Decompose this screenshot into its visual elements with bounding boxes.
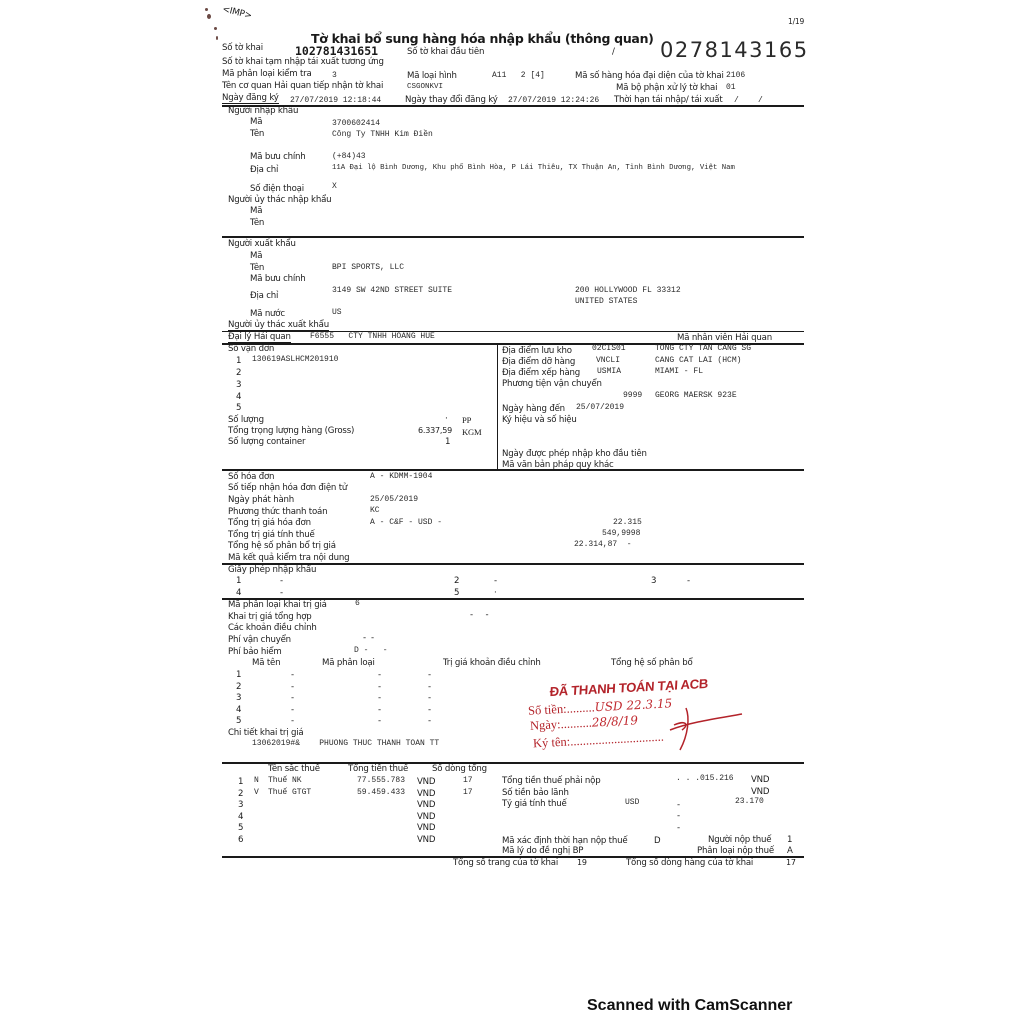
van-don-no-4: 4: [236, 392, 241, 402]
exporter-ten-value: BPI SPORTS, LLC: [332, 263, 404, 272]
scan-speck: [214, 27, 217, 30]
permit-no-2: 2: [454, 576, 459, 586]
van-don-no-1: 1: [236, 356, 241, 366]
page-indicator: 1/19: [788, 17, 804, 26]
so-hoa-don-value: A - KDMM-1904: [370, 472, 432, 481]
permit-value-1: -: [280, 576, 283, 586]
stamp-dots: ..........: [560, 716, 592, 732]
do-hang-code: VNCLI: [596, 356, 620, 365]
adj-row-no: 2: [236, 682, 241, 692]
adj-row-b: -: [378, 716, 381, 726]
co-quan-value: CSGONKVI: [407, 83, 443, 91]
importer-buu-chinh-label: Mã bưu chính: [250, 152, 306, 162]
ngay-dang-ky-value: 27/07/2019 12:18:44: [290, 96, 381, 105]
exporter-dia-chi-line1: 3149 SW 42ND STREET SUITE: [332, 286, 452, 295]
gross-value: 6.337,59: [418, 426, 452, 435]
exporter-ma-label: Mã: [250, 251, 262, 261]
tri-gia-hd-terms: A - C&F - USD -: [370, 518, 442, 527]
bao-lanh-cur: VND: [751, 787, 769, 797]
thoi-han-label: Thời hạn tái nhập/ tái xuất: [614, 95, 722, 105]
thoi-han-nop-label: Mã xác định thời hạn nộp thuế: [502, 836, 627, 846]
phuong-tien-code: 9999: [623, 391, 642, 400]
ty-gia-label: Tỷ giá tính thuế: [502, 799, 567, 809]
tong-dong-label: Tổng số dòng hàng của tờ khai: [626, 858, 753, 868]
tax-row-no: 1: [238, 777, 243, 787]
phai-nop-cur: VND: [751, 775, 769, 785]
exporter-dia-chi-label: Địa chỉ: [250, 291, 278, 301]
phuong-tien-label: Phương tiện vận chuyển: [502, 379, 602, 389]
scan-speck: [205, 8, 208, 11]
phai-nop-label: Tổng tiền thuế phải nộp: [502, 776, 601, 786]
adj-row-no: 5: [236, 716, 241, 726]
phan-loai-nop-label: Phân loại nộp thuế: [697, 846, 774, 856]
xep-hang-code: USMIA: [597, 367, 621, 376]
permit-no-4: 4: [236, 588, 241, 598]
adj-row-no: 1: [236, 670, 241, 680]
divider: [222, 105, 804, 107]
col-tri-gia-khoan-dieu-chinh: Trị giá khoản điều chỉnh: [443, 658, 541, 668]
stamp-dots: ..............................: [570, 730, 664, 749]
tax-row-code: N: [254, 776, 259, 785]
nhan-vien-hai-quan-label: Mã nhân viên Hải quan: [677, 333, 772, 343]
thoi-han-value: / /: [734, 96, 763, 105]
tax-row-code: V: [254, 788, 259, 797]
phuong-tien-name: GEORG MAERSK 923E: [655, 391, 737, 400]
tax-row-cur: VND: [417, 812, 435, 822]
stamp-ky-ten-text: Ký tên:: [533, 734, 571, 750]
importer-ma-label: Mã: [250, 117, 262, 127]
so-luong-unit: PP: [462, 415, 471, 425]
tri-gia-thue-value: 549,9998: [602, 529, 640, 538]
gross-label: Tổng trọng lượng hàng (Gross): [228, 426, 354, 436]
tong-trang-label: Tổng số trang của tờ khai: [453, 858, 558, 868]
importer-dia-chi-value: 11A Đại lộ Bình Dương, Khu phố Bình Hòa,…: [332, 164, 735, 172]
adj-row-b: -: [378, 670, 381, 680]
phan-loai-khai-tri-gia-label: Mã phân loại khai trị giá: [228, 600, 327, 610]
tax-row-name: Thuế GTGT: [268, 788, 311, 797]
permit-no-1: 1: [236, 576, 241, 586]
ngay-phat-hanh-value: 25/05/2019: [370, 495, 418, 504]
tax-row-cur: VND: [417, 777, 435, 787]
tax-row-lines: 17: [463, 776, 473, 785]
ngay-thay-doi-value: 27/07/2019 12:24:26: [508, 96, 599, 105]
adj-row-c: -: [428, 670, 431, 680]
uy-thac-ma-label: Mã: [250, 206, 262, 216]
adj-row-b: -: [378, 682, 381, 692]
xep-hang-name: MIAMI - FL: [655, 367, 703, 376]
adj-row-b: -: [378, 705, 381, 715]
stamp-ngay-value: 28/8/19: [591, 713, 638, 729]
col-so-dong-tong: Số dòng tổng: [432, 764, 487, 774]
adj-row-a: -: [291, 705, 294, 715]
phan-loai-kiem-tra-label: Mã phân loại kiểm tra: [222, 69, 312, 79]
nguoi-nop-label: Người nộp thuế: [708, 835, 771, 845]
adj-row-no: 4: [236, 705, 241, 715]
col-ma-phan-loai: Mã phân loại: [322, 658, 375, 668]
ty-gia-cur: USD: [625, 798, 639, 807]
stamp-ngay-text: Ngày:: [530, 717, 561, 733]
stamp-dots: .........: [566, 700, 595, 715]
importer-buu-chinh-value: (+84)43: [332, 152, 366, 161]
permit-value-2: -: [494, 576, 497, 586]
dai-ly-hai-quan-label: Đại lý Hải quan: [228, 332, 291, 343]
dien-tu-label: Số tiếp nhận hóa đơn điện tử: [228, 483, 347, 493]
chi-tiet-label: Chi tiết khai trị giá: [228, 728, 303, 738]
luu-kho-name: TONG CTY TAN CANG SG: [655, 344, 751, 353]
he-so-value: 22.314,87 -: [574, 540, 632, 549]
tax-row-cur: VND: [417, 789, 435, 799]
thanh-toan-label: Phương thức thanh toán: [228, 507, 327, 517]
divider: [222, 331, 804, 332]
camscanner-watermark: Scanned with CamScanner: [587, 997, 792, 1015]
tong-dong-value: 17: [786, 858, 796, 867]
exporter-ten-label: Tên: [250, 263, 264, 273]
bao-hiem-label: Phí bảo hiểm: [228, 647, 282, 657]
importer-ten-label: Tên: [250, 129, 264, 139]
exporter-dia-chi-line3: UNITED STATES: [575, 297, 637, 306]
ngay-nhap-kho-label: Ngày được phép nhập kho đầu tiên: [502, 449, 647, 459]
ngay-phat-hanh-label: Ngày phát hành: [228, 495, 294, 505]
ma-so-hang-hoa-value: 2106: [726, 71, 745, 80]
stamp-ky-ten-label: Ký tên:..............................: [533, 730, 665, 752]
co-quan-label: Tên cơ quan Hải quan tiếp nhận tờ khai: [222, 81, 383, 91]
permit-value-4: -: [280, 588, 283, 598]
signature-icon: [660, 700, 750, 755]
tax-row-no: 6: [238, 835, 243, 845]
divider: [222, 236, 804, 238]
adj-row-no: 3: [236, 693, 241, 703]
dieu-chinh-label: Các khoản điều chỉnh: [228, 623, 317, 633]
adj-row-c: -: [428, 705, 431, 715]
tax-row-no: 5: [238, 823, 243, 833]
thoi-han-nop-value: D: [654, 836, 660, 846]
adj-row-a: -: [291, 682, 294, 692]
tax-row-cur: VND: [417, 823, 435, 833]
permit-value-5: ·: [494, 588, 497, 598]
tax-row-no: 4: [238, 812, 243, 822]
importer-dien-thoai-value: X: [332, 182, 337, 191]
so-to-khai-dau-tien-value: /: [612, 47, 615, 57]
so-hoa-don-label: Số hóa đơn: [228, 472, 274, 482]
van-don-no-2: 2: [236, 368, 241, 378]
ngay-den-label: Ngày hàng đến: [502, 404, 565, 414]
van-don-no-5: 5: [236, 403, 241, 413]
ty-gia-dash-3: -: [677, 823, 680, 833]
ma-loai-hinh-value: A11 2 [4]: [492, 71, 545, 80]
col-ma-ten: Mã tên: [252, 658, 280, 668]
so-to-khai-dau-tien-label: Số tờ khai đầu tiên: [407, 47, 484, 57]
importer-ma-value: 3700602414: [332, 119, 380, 128]
do-hang-label: Địa điểm dỡ hàng: [502, 357, 575, 367]
bo-phan-value: 01: [726, 83, 736, 92]
phai-nop-value: . . .015.216: [676, 774, 734, 783]
kiem-tra-label: Mã kết quả kiểm tra nội dung: [228, 553, 349, 563]
ngay-den-value: 25/07/2019: [576, 403, 624, 412]
uy-thac-ten-label: Tên: [250, 218, 264, 228]
adj-row-a: -: [291, 693, 294, 703]
tax-row-no: 2: [238, 789, 243, 799]
dai-ly-hai-quan-value: F6555 CTY TNHH HOANG HUE: [310, 332, 435, 341]
phan-loai-nop-value: A: [787, 846, 793, 856]
tax-row-lines: 17: [463, 788, 473, 797]
tax-row-no: 3: [238, 800, 243, 810]
tax-row-amount: 59.459.433: [357, 788, 405, 797]
van-chuyen-label: Phí vận chuyển: [228, 635, 291, 645]
van-don-value-1: 130619ASLHCM201910: [252, 355, 338, 364]
luu-kho-code: 02CIS01: [592, 344, 626, 353]
adj-row-c: -: [428, 716, 431, 726]
van-don-label: Số vận đơn: [228, 344, 274, 354]
ma-loai-hinh-label: Mã loại hình: [407, 71, 457, 81]
tri-gia-hd-value: 22.315: [613, 518, 642, 527]
do-hang-name: CANG CAT LAI (HCM): [655, 356, 741, 365]
scan-speck: [207, 14, 211, 19]
declaration-big-number: 0278143165: [660, 38, 809, 62]
tax-row-name: Thuế NK: [268, 776, 302, 785]
chi-tiet-value: 13062019#& PHUONG THUC THANH TOAN TT: [252, 739, 439, 748]
luu-kho-label: Địa điểm lưu kho: [502, 346, 572, 356]
paid-stamp-title: ĐÃ THANH TOÁN TẠI ACB: [549, 676, 708, 699]
phan-loai-kiem-tra-value: 3: [332, 71, 337, 80]
divider: [222, 469, 804, 471]
tong-hop-value: - -: [470, 610, 488, 620]
ty-gia-dash-2: -: [677, 811, 680, 821]
gross-unit: KGM: [462, 427, 481, 437]
permits-label: Giấy phép nhập khẩu: [228, 565, 316, 575]
scan-speck: [216, 36, 218, 40]
importer-dia-chi-label: Địa chỉ: [250, 165, 278, 175]
uy-thac-xuat-khau-label: Người ủy thác xuất khẩu: [228, 320, 329, 331]
exporter-nuoc-label: Mã nước: [250, 309, 285, 319]
ty-gia-value: 23.170: [735, 797, 764, 806]
adj-row-a: -: [291, 670, 294, 680]
ty-gia-dash: -: [677, 800, 680, 810]
ma-so-hang-hoa-label: Mã số hàng hóa đại diện của tờ khai: [575, 71, 724, 81]
exporter-section-label: Người xuất khẩu: [228, 239, 296, 249]
adj-row-b: -: [378, 693, 381, 703]
adj-row-c: -: [428, 682, 431, 692]
bo-phan-label: Mã bộ phận xử lý tờ khai: [616, 83, 717, 93]
exporter-buu-chinh-label: Mã bưu chính: [250, 274, 306, 284]
xep-hang-label: Địa điểm xếp hàng: [502, 368, 580, 378]
thanh-toan-value: KC: [370, 506, 380, 515]
stamp-so-tien-text: Số tiền:: [528, 702, 567, 718]
importer-dien-thoai-label: Số điện thoại: [250, 184, 304, 194]
permit-no-5: 5: [454, 588, 459, 598]
ngay-dang-ky-label: Ngày đăng ký: [222, 93, 279, 104]
van-don-no-3: 3: [236, 380, 241, 390]
tax-row-amount: 77.555.783: [357, 776, 405, 785]
exporter-nuoc-value: US: [332, 308, 342, 317]
col-tong-tien-thue: Tổng tiền thuế: [348, 764, 408, 774]
container-value: 1: [445, 437, 450, 447]
he-so-label: Tổng hệ số phân bổ trị giá: [228, 541, 336, 551]
tong-hop-label: Khai trị giá tổng hợp: [228, 612, 312, 622]
exporter-dia-chi-line2: 200 HOLLYWOOD FL 33312: [575, 286, 681, 295]
imp-tag: <IMP>: [221, 5, 252, 22]
permit-no-3: 3: [651, 576, 656, 586]
container-label: Số lượng container: [228, 437, 305, 447]
tax-row-cur: VND: [417, 835, 435, 845]
tax-row-cur: VND: [417, 800, 435, 810]
col-ten-sac-thue: Tên sắc thuế: [268, 764, 320, 774]
adj-row-c: -: [428, 693, 431, 703]
so-luong-value: ·: [444, 414, 449, 423]
phan-loai-khai-tri-gia-value: 6: [355, 599, 360, 608]
bao-hiem-value: D - -: [354, 646, 388, 655]
tri-gia-thue-label: Tổng trị giá tính thuế: [228, 530, 315, 540]
permit-value-3: -: [687, 576, 690, 586]
tam-nhap-label: Số tờ khai tạm nhập tái xuất tương ứng: [222, 57, 384, 67]
nguoi-nop-value: 1: [787, 835, 792, 845]
so-luong-label: Số lượng: [228, 415, 264, 425]
col-tong-he-so-phan-bo: Tổng hệ số phân bổ: [611, 658, 693, 668]
so-to-khai-label: Số tờ khai: [222, 43, 263, 53]
column-divider: [497, 343, 498, 469]
importer-section-label: Người nhập khẩu: [228, 106, 298, 116]
so-to-khai-value: 102781431651: [295, 44, 378, 58]
importer-ten-value: Công Ty TNHH Kim Điền: [332, 130, 433, 139]
uy-thac-nhap-khau-label: Người ủy thác nhập khẩu: [228, 195, 331, 205]
adj-row-a: -: [291, 716, 294, 726]
bao-lanh-label: Số tiền bảo lãnh: [502, 788, 569, 798]
tri-gia-hd-label: Tổng trị giá hóa đơn: [228, 518, 311, 528]
ky-hieu-label: Ký hiệu và số hiệu: [502, 415, 577, 425]
tong-trang-value: 19: [577, 858, 587, 867]
van-chuyen-value: - -: [363, 633, 374, 643]
